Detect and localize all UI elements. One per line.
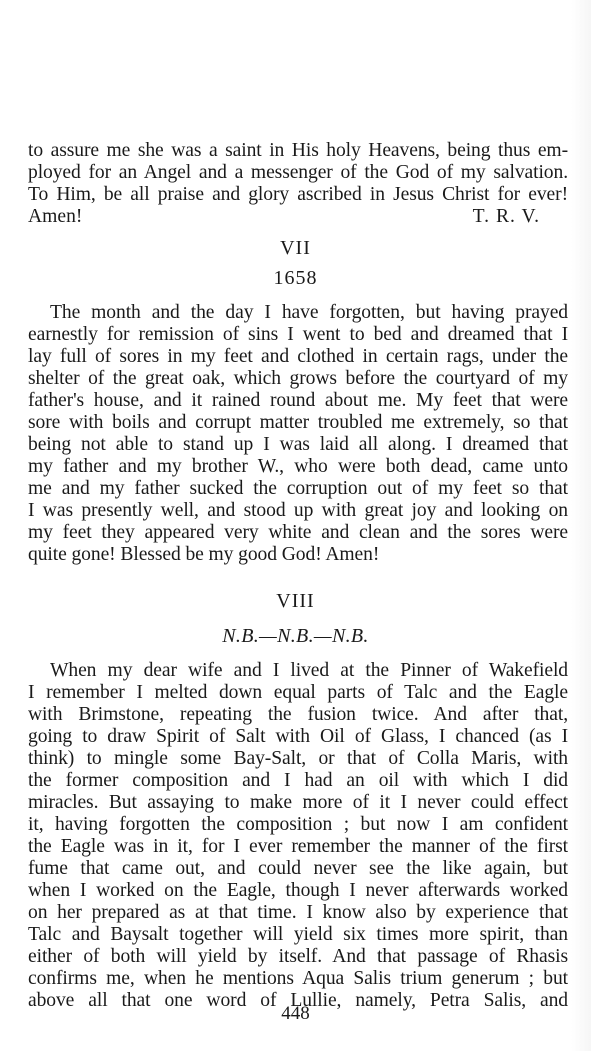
text-line: earnestly for remission of sins I went t…	[28, 324, 568, 346]
text-line: my feet they appeared very white and cle…	[28, 522, 568, 544]
text-line: father's house, and it rained round abou…	[28, 390, 568, 412]
closing-amen: Amen!	[28, 206, 82, 228]
text-line: confirms me, when he mentions Aqua Salis…	[28, 968, 568, 990]
section-subtitle: 1658	[0, 266, 591, 290]
text-line: The month and the day I have forgotten, …	[50, 302, 568, 324]
text-line: ployed for an Angel and a messenger of t…	[28, 162, 568, 184]
page-edge-shadow	[571, 0, 591, 1051]
text-line: shelter of the great oak, which grows be…	[28, 368, 568, 390]
section-subtitle: N.B.—N.B.—N.B.	[0, 624, 591, 648]
text-line: my father and my brother W., who were bo…	[28, 456, 568, 478]
text-line: me and my father sucked the corruption o…	[28, 478, 568, 500]
text-line: being not able to stand up I was laid al…	[28, 434, 568, 456]
text-line: fume that came out, and could never see …	[28, 858, 568, 880]
text-line: quite gone! Blessed be my good God! Amen…	[28, 544, 568, 566]
text-line: to assure me she was a saint in His holy…	[28, 140, 568, 162]
section-numeral: VIII	[0, 589, 591, 613]
text-line: with Brimstone, repeating the fusion twi…	[28, 704, 568, 726]
text-line: going to draw Spirit of Salt with Oil of…	[28, 726, 568, 748]
page-number: 448	[0, 1003, 591, 1025]
text-line: To Him, be all praise and glory ascribed…	[28, 184, 568, 206]
text-line: lay full of sores in my feet and clothed…	[28, 346, 568, 368]
text-line: when I worked on the Eagle, though I nev…	[28, 880, 568, 902]
text-line: on her prepared as at that time. I know …	[28, 902, 568, 924]
text-line: the Eagle was in it, for I ever remember…	[28, 836, 568, 858]
signature: T. R. V.	[473, 206, 568, 228]
text-line: I was presently well, and stood up with …	[28, 500, 568, 522]
text-line: I remember I melted down equal parts of …	[28, 682, 568, 704]
text-line: Talc and Baysalt together will yield six…	[28, 924, 568, 946]
text-line: it, having forgotten the composition ; b…	[28, 814, 568, 836]
text-line: the former composition and I had an oil …	[28, 770, 568, 792]
section-numeral: VII	[0, 236, 591, 260]
closing-line: Amen! T. R. V.	[28, 206, 568, 228]
text-line: When my dear wife and I lived at the Pin…	[50, 660, 568, 682]
text-line: miracles. But assaying to make more of i…	[28, 792, 568, 814]
text-line: sore with boils and corrupt matter troub…	[28, 412, 568, 434]
text-line: either of both will yield by itself. And…	[28, 946, 568, 968]
book-page: to assure me she was a saint in His holy…	[0, 0, 591, 1051]
text-line: think) to mingle some Bay-Salt, or that …	[28, 748, 568, 770]
